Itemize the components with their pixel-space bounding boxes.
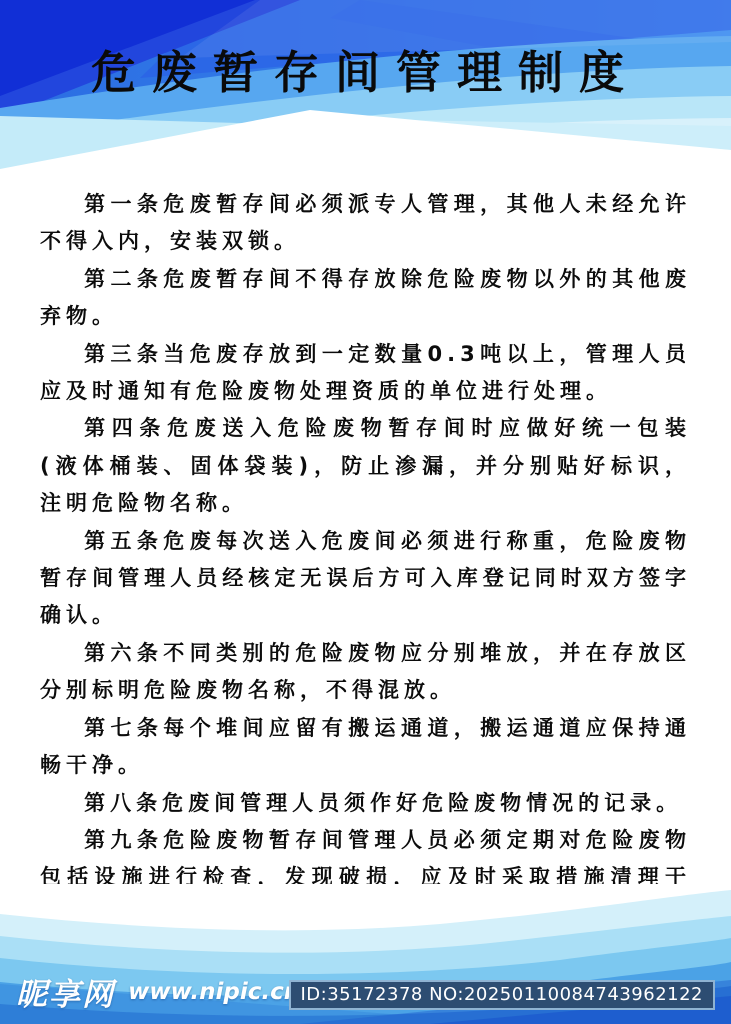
article-paragraph-5: 第五条危废每次送入危废间必须进行称重，危险废物暂存间管理人员经核定无误后方可入库… <box>40 523 691 635</box>
watermark-site-name: 昵享网 <box>16 977 115 1013</box>
article-paragraph-6: 第六条不同类别的危险废物应分别堆放，并在存放区分别标明危险废物名称，不得混放。 <box>40 635 691 710</box>
article-paragraph-4: 第四条危废送入危险废物暂存间时应做好统一包装(液体桶装、固体袋装)，防止渗漏，并… <box>40 410 691 522</box>
article-paragraph-7: 第七条每个堆间应留有搬运通道，搬运通道应保持通畅干净。 <box>40 710 691 785</box>
article-paragraph-2: 第二条危废暂存间不得存放除危险废物以外的其他废弃物。 <box>40 261 691 336</box>
article-paragraph-1: 第一条危废暂存间必须派专人管理，其他人未经允许不得入内，安装双锁。 <box>40 186 691 261</box>
article-paragraph-8: 第八条危废间管理人员须作好危险废物情况的记录。 <box>40 785 691 822</box>
poster-page: 危废暂存间管理制度 第一条危废暂存间必须派专人管理，其他人未经允许不得入内，安装… <box>0 0 731 1024</box>
page-title: 危废暂存间管理制度 <box>0 36 731 101</box>
image-id-badge: ID:35172378 NO:20250110084743962122 <box>289 980 716 1010</box>
top-wave-decoration: 危废暂存间管理制度 <box>0 0 731 190</box>
watermark: 昵享网 www.nipic.cn <box>16 969 300 1014</box>
watermark-site-url: www.nipic.cn <box>128 979 300 1005</box>
article-paragraph-3: 第三条当危废存放到一定数量0.3吨以上，管理人员应及时通知有危险废物处理资质的单… <box>40 336 691 411</box>
